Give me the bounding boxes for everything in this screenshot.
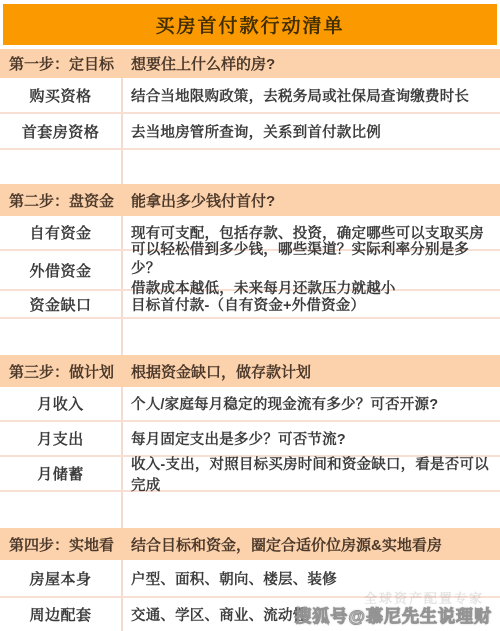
table-row: 外借资金 可以轻松借到多少钱，哪些渠道？实际利率分别是多少？ 借款成本越低，未来… bbox=[0, 251, 500, 291]
row-desc: 收入-支出，对照目标买房时间和资金缺口，看是否可以完成 bbox=[123, 457, 500, 490]
row-label: 月收入 bbox=[0, 387, 123, 420]
spacer-label-cell bbox=[0, 319, 123, 355]
row-desc: 每月固定支出是多少？可否节流? bbox=[123, 422, 500, 455]
spacer-desc-cell bbox=[123, 319, 500, 355]
table-row: 购买资格 结合当地限购政策，去税务局或社保局查询缴费时长 bbox=[0, 78, 500, 114]
page-title: 买房首付款行动清单 bbox=[3, 4, 497, 45]
section-spacer bbox=[0, 492, 500, 528]
section-4-question: 结合目标和资金，圈定合适价位房源&实地看房 bbox=[123, 534, 500, 555]
table-row: 月储蓄 收入-支出，对照目标买房时间和资金缺口，看是否可以完成 bbox=[0, 457, 500, 492]
desc-line-1: 可以轻松借到多少钱，哪些渠道？实际利率分别是多少？ bbox=[131, 241, 496, 279]
row-desc: 去当地房管所查询，关系到首付款比例 bbox=[123, 114, 500, 148]
row-label: 自有资金 bbox=[0, 216, 123, 249]
section-spacer bbox=[0, 150, 500, 184]
section-1-header: 第一步：定目标 想要住上什么样的房? bbox=[0, 49, 500, 78]
row-desc: 结合当地限购政策，去税务局或社保局查询缴费时长 bbox=[123, 78, 500, 112]
section-2-header: 第二步：盘资金 能拿出多少钱付首付? bbox=[0, 184, 500, 216]
row-label: 周边配套 bbox=[0, 598, 123, 631]
section-4-step-label: 第四步：实地看 bbox=[0, 534, 123, 555]
section-2-step-label: 第二步：盘资金 bbox=[0, 190, 123, 211]
row-label: 房屋本身 bbox=[0, 560, 123, 596]
spacer-desc-cell bbox=[123, 150, 500, 184]
section-3-question: 根据资金缺口，做存款计划 bbox=[123, 361, 500, 382]
section-2-question: 能拿出多少钱付首付? bbox=[123, 190, 500, 211]
row-label: 首套房资格 bbox=[0, 114, 123, 148]
section-3-header: 第三步：做计划 根据资金缺口，做存款计划 bbox=[0, 355, 500, 387]
row-label: 月储蓄 bbox=[0, 457, 123, 490]
section-spacer bbox=[0, 319, 500, 355]
row-desc: 可以轻松借到多少钱，哪些渠道？实际利率分别是多少？ 借款成本越低，未来每月还款压… bbox=[123, 251, 500, 289]
row-desc: 目标首付款-（自有资金+外借资金） bbox=[123, 291, 500, 317]
section-1-question: 想要住上什么样的房? bbox=[123, 53, 500, 74]
table-row: 首套房资格 去当地房管所查询，关系到首付款比例 bbox=[0, 114, 500, 150]
row-label: 月支出 bbox=[0, 422, 123, 455]
sohu-watermark: 搜狐号@慕尼先生说理财 bbox=[294, 602, 492, 627]
row-desc: 个人/家庭每月稳定的现金流有多少？可否开源? bbox=[123, 387, 500, 420]
spacer-desc-cell bbox=[123, 492, 500, 528]
table-row: 资金缺口 目标首付款-（自有资金+外借资金） bbox=[0, 291, 500, 319]
section-4-header: 第四步：实地看 结合目标和资金，圈定合适价位房源&实地看房 bbox=[0, 528, 500, 560]
row-label: 资金缺口 bbox=[0, 291, 123, 317]
table-row: 月收入 个人/家庭每月稳定的现金流有多少？可否开源? bbox=[0, 387, 500, 422]
row-label: 外借资金 bbox=[0, 251, 123, 289]
spacer-label-cell bbox=[0, 150, 123, 184]
spacer-label-cell bbox=[0, 492, 123, 528]
checklist-infographic: 买房首付款行动清单 第一步：定目标 想要住上什么样的房? 购买资格 结合当地限购… bbox=[0, 0, 500, 631]
row-label: 购买资格 bbox=[0, 78, 123, 112]
section-3-step-label: 第三步：做计划 bbox=[0, 361, 123, 382]
section-1-step-label: 第一步：定目标 bbox=[0, 53, 123, 74]
